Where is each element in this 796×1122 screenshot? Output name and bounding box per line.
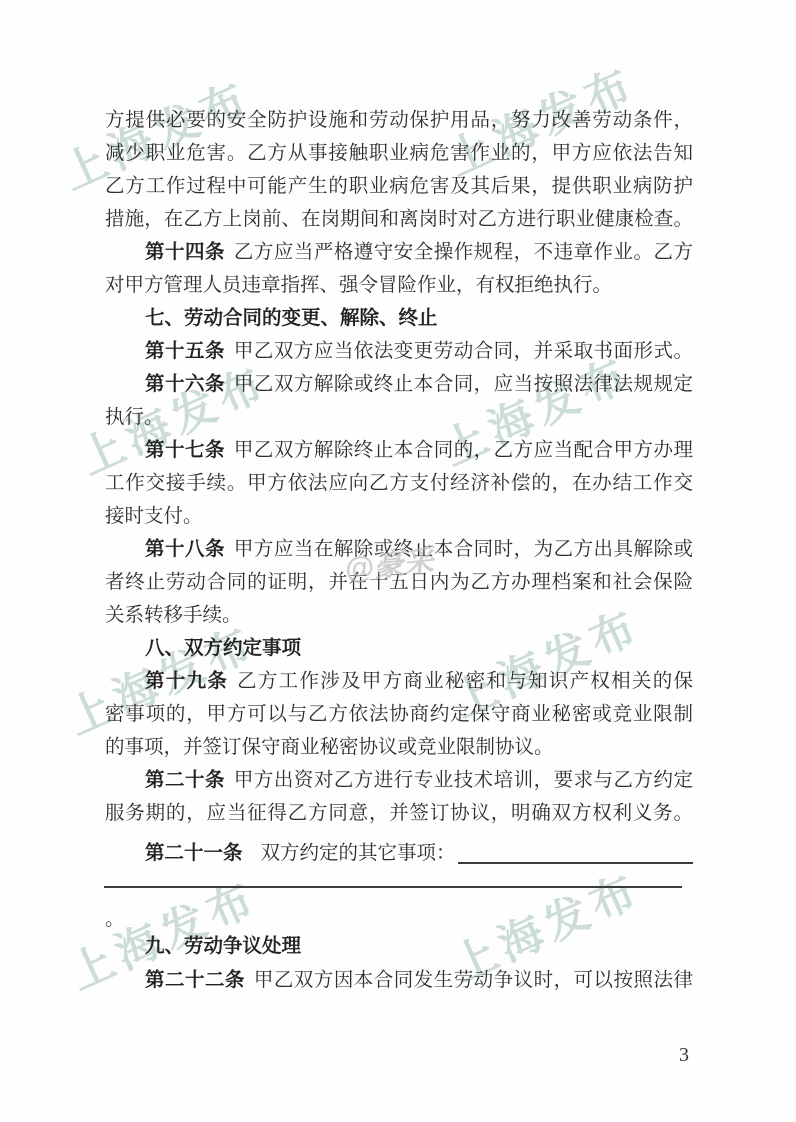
article-term: 九、劳动争议处理: [145, 935, 301, 957]
text-segment: 甲乙双方解除终止本合同的，乙方应当配合甲方办理: [234, 440, 693, 461]
text-segment: 甲方应当在解除或终止本合同时，为乙方出具解除或: [234, 539, 693, 560]
text-segment: 。: [105, 909, 125, 930]
user-handle-watermark: @豪采: [342, 535, 435, 588]
text-segment: 密事项的，甲方可以与乙方依法协商约定保守商业秘密或竞业限制: [105, 704, 693, 725]
fill-in-blank-underline: [458, 862, 693, 864]
text-line: 的事项，并签订保守商业秘密协议或竞业限制协议。: [105, 731, 693, 764]
text-segment: 关系转移手续。: [105, 605, 242, 626]
article-term: 第二十条: [145, 769, 225, 791]
article-term: 第十八条: [145, 538, 225, 560]
text-segment: 甲方出资对乙方进行专业技术培训，要求与乙方约定: [234, 770, 693, 791]
article-term: 第十四条: [145, 241, 225, 263]
text-segment: 甲乙双方因本合同发生劳动争议时，可以按照法律: [254, 970, 693, 991]
text-line: 第十六条甲乙双方解除或终止本合同，应当按照法律法规规定: [105, 368, 693, 401]
text-line: 对甲方管理人员违章指挥、强令冒险作业，有权拒绝执行。: [105, 269, 693, 302]
article-term: 八、双方约定事项: [145, 637, 301, 659]
text-segment: 执行。: [105, 407, 164, 428]
text-segment: 的事项，并签订保守商业秘密协议或竞业限制协议。: [105, 737, 554, 758]
text-segment: 措施，在乙方上岗前、在岗期间和离岗时对乙方进行职业健康检查。: [105, 209, 693, 230]
article-term: 第十五条: [145, 340, 225, 362]
text-line: 九、劳动争议处理: [105, 930, 693, 963]
text-line: 减少职业危害。乙方从事接触职业病危害作业的，甲方应依法告知: [105, 137, 693, 170]
text-line: 第十五条甲乙双方应当依法变更劳动合同，并采取书面形式。: [105, 335, 693, 368]
text-line: 第二十条甲方出资对乙方进行专业技术培训，要求与乙方约定: [105, 764, 693, 797]
text-segment: 甲乙双方应当依法变更劳动合同，并采取书面形式。: [234, 341, 693, 362]
document-page-body: { "page": { "number": "3" }, "watermark"…: [0, 0, 796, 1122]
text-line: 密事项的，甲方可以与乙方依法协商约定保守商业秘密或竞业限制: [105, 698, 693, 731]
article-term: 第十六条: [145, 373, 225, 395]
text-segment: 服务期的，应当征得乙方同意，并签订协议，明确双方权利义务。: [105, 803, 693, 824]
text-line: 工作交接手续。甲方依法应向乙方支付经济补偿的，在办结工作交: [105, 467, 693, 500]
text-segment: 接时支付。: [105, 506, 203, 527]
text-line: 第十九条乙方工作涉及甲方商业秘密和与知识产权相关的保: [105, 665, 693, 698]
text-segment: 工作交接手续。甲方依法应向乙方支付经济补偿的，在办结工作交: [105, 473, 693, 494]
text-line: 七、劳动合同的变更、解除、终止: [105, 302, 693, 335]
text-line: 第十七条甲乙双方解除终止本合同的，乙方应当配合甲方办理: [105, 434, 693, 467]
text-segment: 乙方工作涉及甲方商业秘密和与知识产权相关的保: [237, 671, 693, 692]
text-line: 方提供必要的安全防护设施和劳动保护用品，努力改善劳动条件，: [105, 104, 693, 137]
blank-line-rule: [104, 886, 682, 888]
text-line: 措施，在乙方上岗前、在岗期间和离岗时对乙方进行职业健康检查。: [105, 203, 693, 236]
article-term: 第二十二条: [145, 969, 245, 991]
article-term: 第十九条: [145, 670, 228, 692]
text-line: 关系转移手续。: [105, 599, 693, 632]
text-segment: 减少职业危害。乙方从事接触职业病危害作业的，甲方应依法告知: [105, 143, 693, 164]
text-line: 接时支付。: [105, 500, 693, 533]
text-line: 第二十一条双方约定的其它事项：: [105, 837, 693, 870]
text-segment: 乙方工作过程中可能产生的职业病危害及其后果，提供职业病防护: [105, 176, 693, 197]
text-line: 服务期的，应当征得乙方同意，并签订协议，明确双方权利义务。: [105, 797, 693, 830]
text-segment: 乙方应当严格遵守安全操作规程，不违章作业。乙方: [234, 242, 693, 263]
article-term: 第二十一条: [145, 837, 243, 870]
text-line: 执行。: [105, 401, 693, 434]
text-segment: 双方约定的其它事项：: [261, 837, 456, 870]
text-segment: 方提供必要的安全防护设施和劳动保护用品，努力改善劳动条件，: [105, 110, 693, 131]
text-line: 八、双方约定事项: [105, 632, 693, 665]
text-segment: 甲乙双方解除或终止本合同，应当按照法律法规规定: [234, 374, 693, 395]
text-segment: 对甲方管理人员违章指挥、强令冒险作业，有权拒绝执行。: [105, 275, 612, 296]
article-term: 第十七条: [145, 439, 225, 461]
text-line: 第十四条乙方应当严格遵守安全操作规程，不违章作业。乙方: [105, 236, 693, 269]
text-line: 乙方工作过程中可能产生的职业病危害及其后果，提供职业病防护: [105, 170, 693, 203]
document-page: 上海发布上海发布上海发布上海发布上海发布上海发布上海发布上海发布 方提供必要的安…: [0, 0, 796, 1122]
article-term: 七、劳动合同的变更、解除、终止: [145, 307, 438, 329]
text-line: 第二十二条甲乙双方因本合同发生劳动争议时，可以按照法律: [105, 964, 693, 997]
